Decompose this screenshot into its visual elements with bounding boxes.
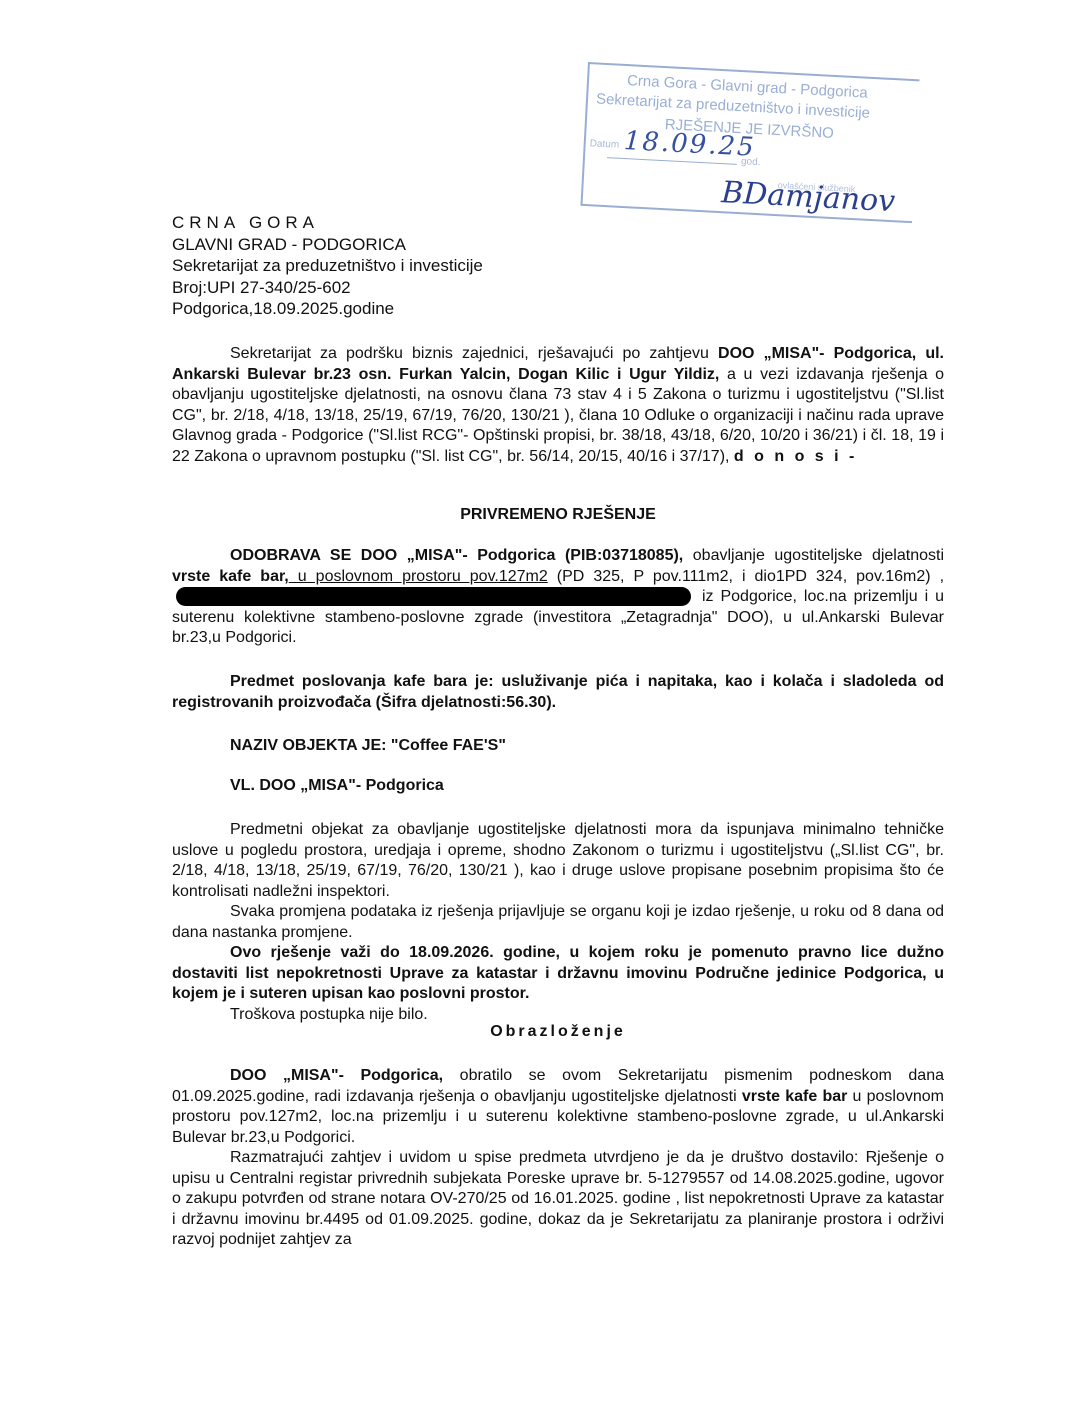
stamp-god-label: god. <box>741 156 761 168</box>
reasoning-paragraph-2: Razmatrajući zahtjev i uvidom u spise pr… <box>172 1148 944 1251</box>
decision-text-e: (PD 325, P pov.111m2, i dio1PD 324, pov.… <box>548 568 944 585</box>
reasoning-title: Obrazloženje <box>172 1022 944 1043</box>
decision-paragraph: ODOBRAVA SE DOO „MISA"- Podgorica (PIB:0… <box>172 546 944 649</box>
decision-approval: ODOBRAVA SE DOO „MISA"- Podgorica (PIB:0… <box>230 547 683 564</box>
intro-paragraph: Sekretarijat za podršku biznis zajednici… <box>172 344 944 467</box>
decision-type: vrste kafe bar, <box>172 568 289 585</box>
decision-section: ODOBRAVA SE DOO „MISA"- Podgorica (PIB:0… <box>172 546 944 649</box>
intro-text-a: Sekretarijat za podršku biznis zajednici… <box>230 345 718 362</box>
owner-line: VL. DOO „MISA"- Podgorica <box>172 776 944 797</box>
changes-paragraph: Svaka promjena podataka iz rješenja prij… <box>172 902 944 943</box>
business-subject-section: Predmet poslovanja kafe bara je: usluživ… <box>172 672 944 713</box>
object-name: NAZIV OBJEKTA JE: "Coffee FAE'S" <box>172 736 944 757</box>
header-country: CRNA GORA <box>172 212 483 234</box>
reasoning-paragraph-1: DOO „MISA"- Podgorica, obratilo se ovom … <box>172 1066 944 1148</box>
decision-premises: u poslovnom prostoru pov.127m2 <box>289 568 548 585</box>
header-secretariat: Sekretarijat za preduzetništvo i investi… <box>172 255 483 277</box>
document-page: Crna Gora - Glavni grad - Podgorica Sekr… <box>0 0 1088 1408</box>
redaction-bar <box>176 587 691 606</box>
stamp-datum-label: Datum <box>589 138 619 151</box>
intro-section: Sekretarijat za podršku biznis zajednici… <box>172 344 944 467</box>
business-subject-paragraph: Predmet poslovanja kafe bara je: usluživ… <box>172 672 944 713</box>
header-city: GLAVNI GRAD - PODGORICA <box>172 234 483 256</box>
official-stamp: Crna Gora - Glavni grad - Podgorica Sekr… <box>580 62 925 229</box>
reasoning-section: DOO „MISA"- Podgorica, obratilo se ovom … <box>172 1066 944 1251</box>
header-place-date: Podgorica,18.09.2025.godine <box>172 298 483 320</box>
document-header: CRNA GORA GLAVNI GRAD - PODGORICA Sekret… <box>172 212 483 320</box>
number-value: UPI 27-340/25-602 <box>207 278 351 297</box>
subject-text-a: Predmet poslovanja kafe bara je: <box>230 673 501 690</box>
reasoning-applicant: DOO „MISA"- Podgorica, <box>230 1067 443 1084</box>
number-label: Broj: <box>172 278 207 297</box>
decision-text-b: obavljanje ugostiteljske djelatnosti <box>683 547 944 564</box>
header-number: Broj:UPI 27-340/25-602 <box>172 277 483 299</box>
intro-donosi: d o n o s i - <box>734 448 857 465</box>
conditions-section: Predmetni objekat za obavljanje ugostite… <box>172 820 944 1025</box>
reasoning-type: vrste kafe bar <box>742 1088 848 1105</box>
validity-paragraph: Ovo rješenje važi do 18.09.2026. godine,… <box>172 943 944 1005</box>
decision-title: PRIVREMENO RJEŠENJE <box>172 505 944 526</box>
conditions-paragraph: Predmetni objekat za obavljanje ugostite… <box>172 820 944 902</box>
